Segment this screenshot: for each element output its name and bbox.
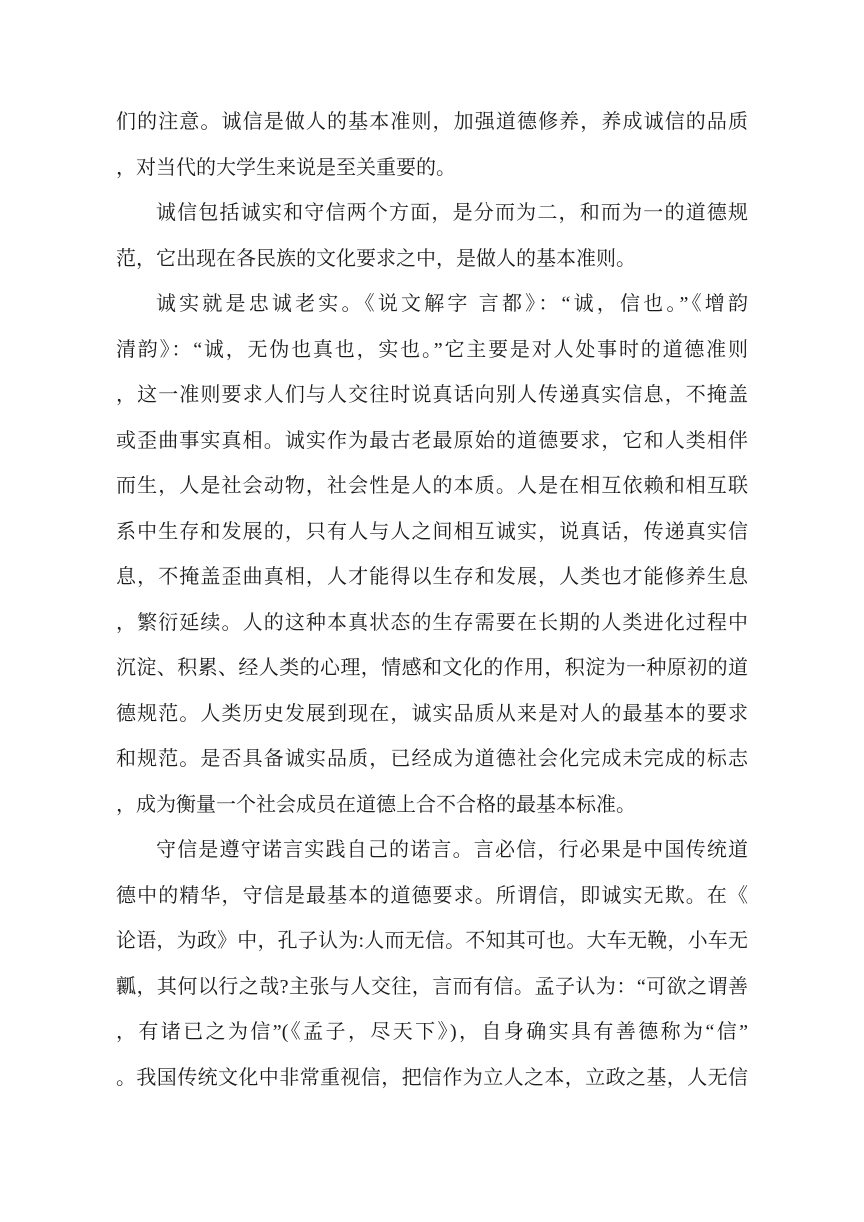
text-line: 而生，人是社会动物，社会性是人的本质。人是在相互依赖和相互联 <box>116 464 748 510</box>
text-line: 息，不掩盖歪曲真相，人才能得以生存和发展，人类也才能修养生息 <box>116 555 748 601</box>
text-line: ，这一准则要求人们与人交往时说真话向别人传递真实信息，不掩盖 <box>116 373 748 419</box>
text-line: 或歪曲事实真相。诚实作为最古老最原始的道德要求，它和人类相伴 <box>116 419 748 465</box>
text-line: 。我国传统文化中非常重视信，把信作为立人之本，立政之基，人无信 <box>116 1056 748 1102</box>
text-content: 们的注意。诚信是做人的基本准则，加强道德修养，养成诚信的品质 ，对当代的大学生来… <box>116 100 748 1101</box>
text-line: 守信是遵守诺言实践自己的诺言。言必信，行必果是中国传统道 <box>116 828 748 874</box>
text-line: 和规范。是否具备诚实品质，已经成为道德社会化完成未完成的标志 <box>116 737 748 783</box>
document-page: 们的注意。诚信是做人的基本准则，加强道德修养，养成诚信的品质 ，对当代的大学生来… <box>0 0 864 1222</box>
text-line: 德中的精华，守信是最基本的道德要求。所谓信，即诚实无欺。在《 <box>116 874 748 920</box>
text-line: ，对当代的大学生来说是至关重要的。 <box>116 146 748 192</box>
text-line: 诚信包括诚实和守信两个方面，是分而为二，和而为一的道德规 <box>116 191 748 237</box>
text-line: 范，它出现在各民族的文化要求之中，是做人的基本准则。 <box>116 237 748 283</box>
text-line: 沉淀、积累、经人类的心理，情感和文化的作用，积淀为一种原初的道 <box>116 646 748 692</box>
text-line: 们的注意。诚信是做人的基本准则，加强道德修养，养成诚信的品质 <box>116 100 748 146</box>
text-line: 德规范。人类历史发展到现在，诚实品质从来是对人的最基本的要求 <box>116 692 748 738</box>
text-line: 瓤，其何以行之哉?主张与人交往，言而有信。孟子认为：“可欲之谓善 <box>116 965 748 1011</box>
text-line: ，成为衡量一个社会成员在道德上合不合格的最基本标准。 <box>116 783 748 829</box>
text-line: 诚实就是忠诚老实。《说文解字 言都》：“诚，信也。”《增韵 <box>116 282 748 328</box>
text-line: 清韵》：“诚，无伪也真也，实也。”它主要是对人处事时的道德准则 <box>116 328 748 374</box>
text-line: 系中生存和发展的，只有人与人之间相互诚实，说真话，传递真实信 <box>116 510 748 556</box>
text-line: 论语，为政》中，孔子认为:人而无信。不知其可也。大车无鞔，小车无 <box>116 919 748 965</box>
text-line: ，有诸已之为信”(《孟子，尽天下》)，自身确实具有善德称为“信” <box>116 1010 748 1056</box>
text-line: ，繁衍延续。人的这种本真状态的生存需要在长期的人类进化过程中 <box>116 601 748 647</box>
